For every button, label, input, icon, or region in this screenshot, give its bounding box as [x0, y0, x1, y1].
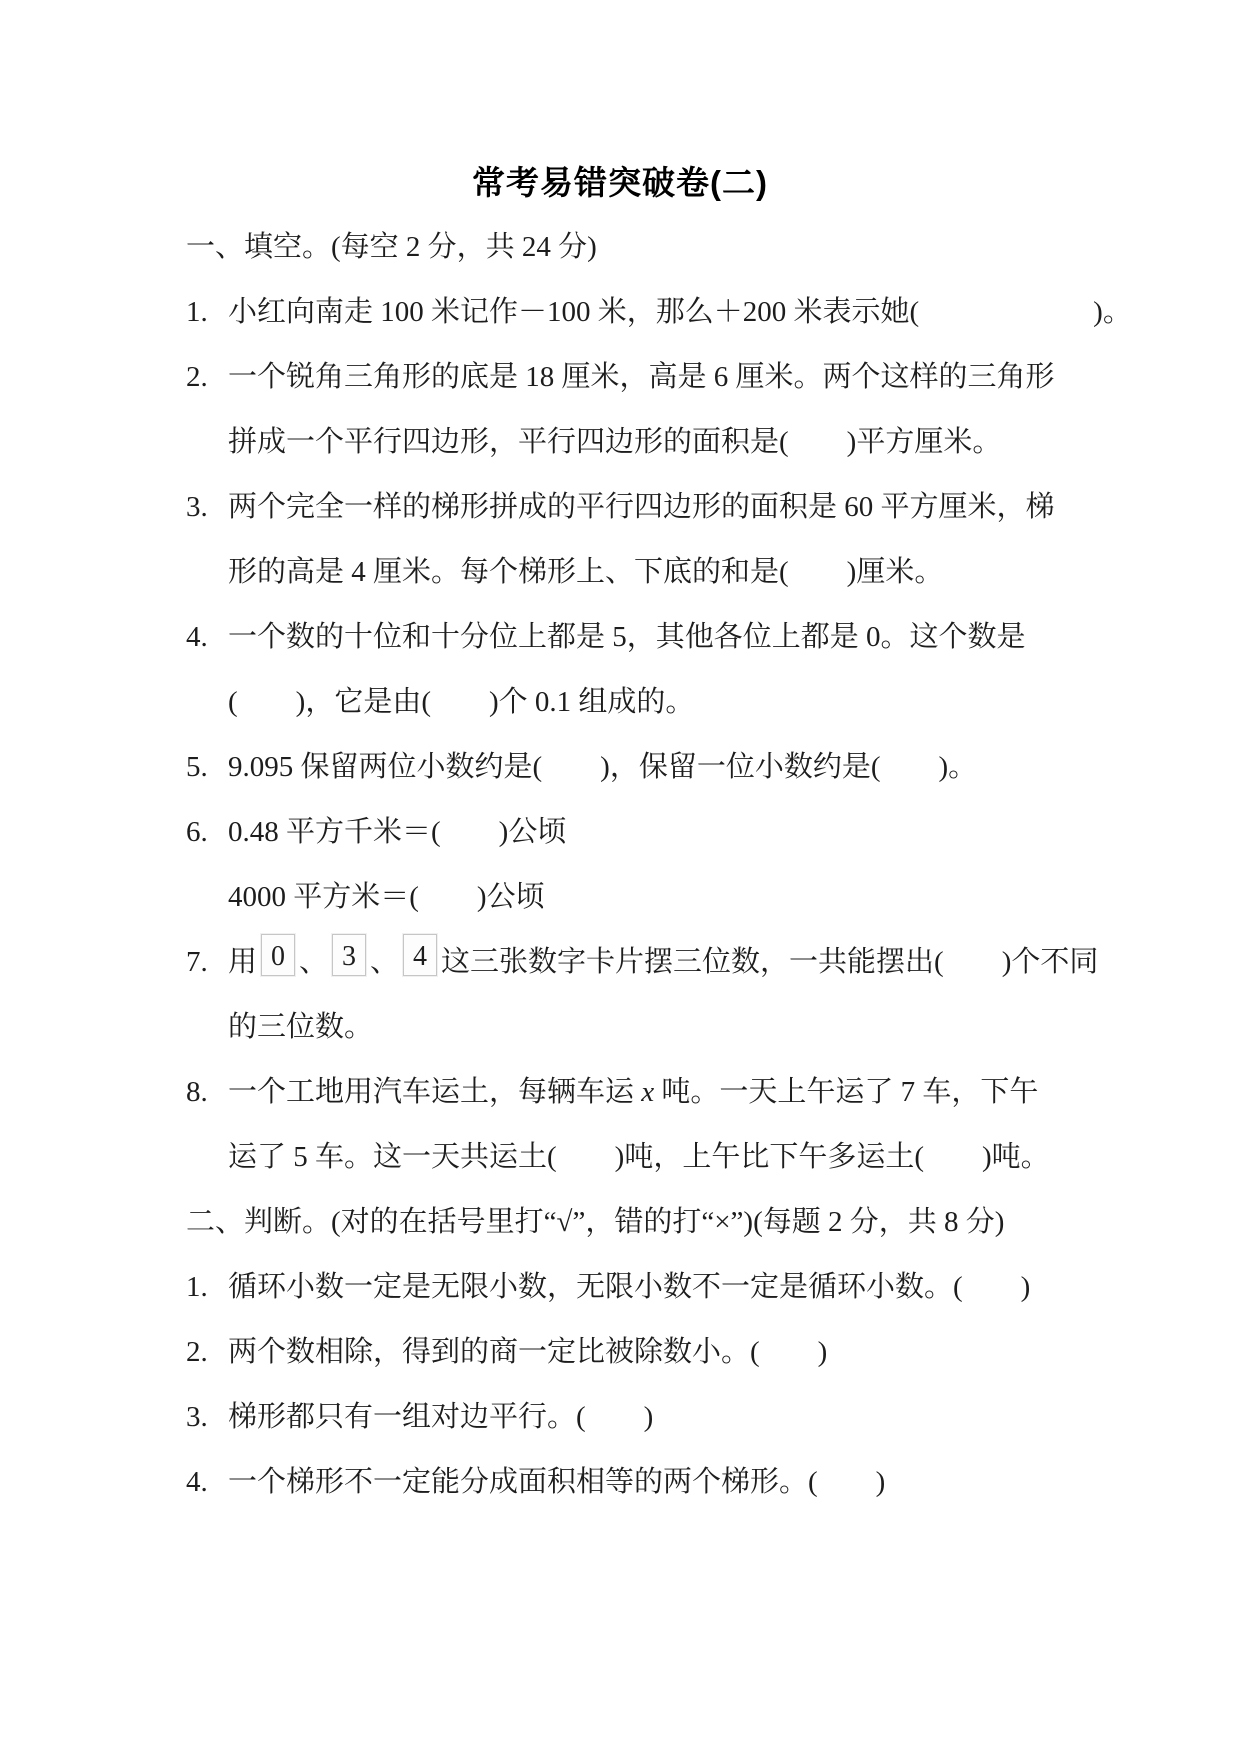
question-text: 运了 5 车。这一天共运土( )吨，上午比下午多运土( )吨。	[228, 1141, 1050, 1173]
question-line: 7.用0、3、4这三张数字卡片摆三位数，一共能摆出( )个不同	[186, 930, 1120, 995]
question-number: 3.	[186, 1385, 228, 1450]
question-text: 形的高是 4 厘米。每个梯形上、下底的和是( )厘米。	[228, 556, 943, 588]
question-line-continuation: 拼成一个平行四边形，平行四边形的面积是( )平方厘米。	[186, 410, 1120, 475]
question-line: 2.两个数相除，得到的商一定比被除数小。( )	[186, 1320, 1120, 1385]
question-number: 1.	[186, 1255, 228, 1320]
question-line-continuation: 的三位数。	[186, 995, 1120, 1060]
question-line: 1.小红向南走 100 米记作－100 米，那么＋200 米表示她( )。	[186, 280, 1120, 345]
digit-card: 0	[261, 934, 295, 976]
question-line: 1.循环小数一定是无限小数，无限小数不一定是循环小数。( )	[186, 1255, 1120, 1320]
question-line: 2.一个锐角三角形的底是 18 厘米，高是 6 厘米。两个这样的三角形	[186, 345, 1120, 410]
section-heading: 一、填空。(每空 2 分，共 24 分)	[186, 215, 1120, 280]
question-text: 的三位数。	[228, 1011, 373, 1043]
question-line: 3.梯形都只有一组对边平行。( )	[186, 1385, 1120, 1450]
question-line: 4.一个数的十位和十分位上都是 5，其他各位上都是 0。这个数是	[186, 605, 1120, 670]
question-number: 4.	[186, 1450, 228, 1515]
section-heading: 二、判断。(对的在括号里打“√”，错的打“×”)(每题 2 分，共 8 分)	[186, 1190, 1120, 1255]
question-number: 2.	[186, 345, 228, 410]
page-title: 常考易错突破卷(二)	[0, 0, 1240, 215]
worksheet-page: 常考易错突破卷(二) 一、填空。(每空 2 分，共 24 分)1.小红向南走 1…	[0, 0, 1240, 1754]
question-line: 4.一个梯形不一定能分成面积相等的两个梯形。( )	[186, 1450, 1120, 1515]
question-number: 8.	[186, 1060, 228, 1125]
variable-x: x	[641, 1076, 654, 1108]
digit-card: 3	[332, 934, 366, 976]
question-text: 4000 平方米＝( )公顷	[228, 881, 545, 913]
question-line: 5.9.095 保留两位小数约是( )，保留一位小数约是( )。	[186, 735, 1120, 800]
question-text: 这三张数字卡片摆三位数，一共能摆出( )个不同	[441, 946, 1098, 978]
question-number: 5.	[186, 735, 228, 800]
question-text: 吨。一天上午运了 7 车，下午	[654, 1076, 1038, 1108]
question-text: 一个数的十位和十分位上都是 5，其他各位上都是 0。这个数是	[228, 621, 1026, 653]
question-text: 拼成一个平行四边形，平行四边形的面积是( )平方厘米。	[228, 426, 1001, 458]
question-text: 、	[299, 946, 328, 978]
question-number: 6.	[186, 800, 228, 865]
question-text: 一个工地用汽车运土，每辆车运	[228, 1076, 641, 1108]
question-text: 梯形都只有一组对边平行。( )	[228, 1401, 653, 1433]
question-line: 3.两个完全一样的梯形拼成的平行四边形的面积是 60 平方厘米，梯	[186, 475, 1120, 540]
sections-container: 一、填空。(每空 2 分，共 24 分)1.小红向南走 100 米记作－100 …	[0, 215, 1240, 1515]
question-text: ( )，它是由( )个 0.1 组成的。	[228, 686, 694, 718]
question-line-continuation: 运了 5 车。这一天共运土( )吨，上午比下午多运土( )吨。	[186, 1125, 1120, 1190]
question-text: 用	[228, 946, 257, 978]
question-number: 1.	[186, 280, 228, 345]
question-text: 、	[370, 946, 399, 978]
question-number: 2.	[186, 1320, 228, 1385]
question-text: 9.095 保留两位小数约是( )，保留一位小数约是( )。	[228, 751, 977, 783]
question-text: 0.48 平方千米＝( )公顷	[228, 816, 566, 848]
question-line: 8.一个工地用汽车运土，每辆车运 x 吨。一天上午运了 7 车，下午	[186, 1060, 1120, 1125]
question-text: 循环小数一定是无限小数，无限小数不一定是循环小数。( )	[228, 1271, 1030, 1303]
question-line-continuation: 4000 平方米＝( )公顷	[186, 865, 1120, 930]
question-number: 3.	[186, 475, 228, 540]
question-text: 两个完全一样的梯形拼成的平行四边形的面积是 60 平方厘米，梯	[228, 491, 1055, 523]
question-text: 一个梯形不一定能分成面积相等的两个梯形。( )	[228, 1466, 885, 1498]
question-line: 6.0.48 平方千米＝( )公顷	[186, 800, 1120, 865]
question-text: 小红向南走 100 米记作－100 米，那么＋200 米表示她( )。	[228, 296, 1132, 328]
question-text: 一个锐角三角形的底是 18 厘米，高是 6 厘米。两个这样的三角形	[228, 361, 1055, 393]
digit-card: 4	[403, 934, 437, 976]
question-line-continuation: 形的高是 4 厘米。每个梯形上、下底的和是( )厘米。	[186, 540, 1120, 605]
question-line-continuation: ( )，它是由( )个 0.1 组成的。	[186, 670, 1120, 735]
question-number: 4.	[186, 605, 228, 670]
question-number: 7.	[186, 930, 228, 995]
question-text: 两个数相除，得到的商一定比被除数小。( )	[228, 1336, 827, 1368]
